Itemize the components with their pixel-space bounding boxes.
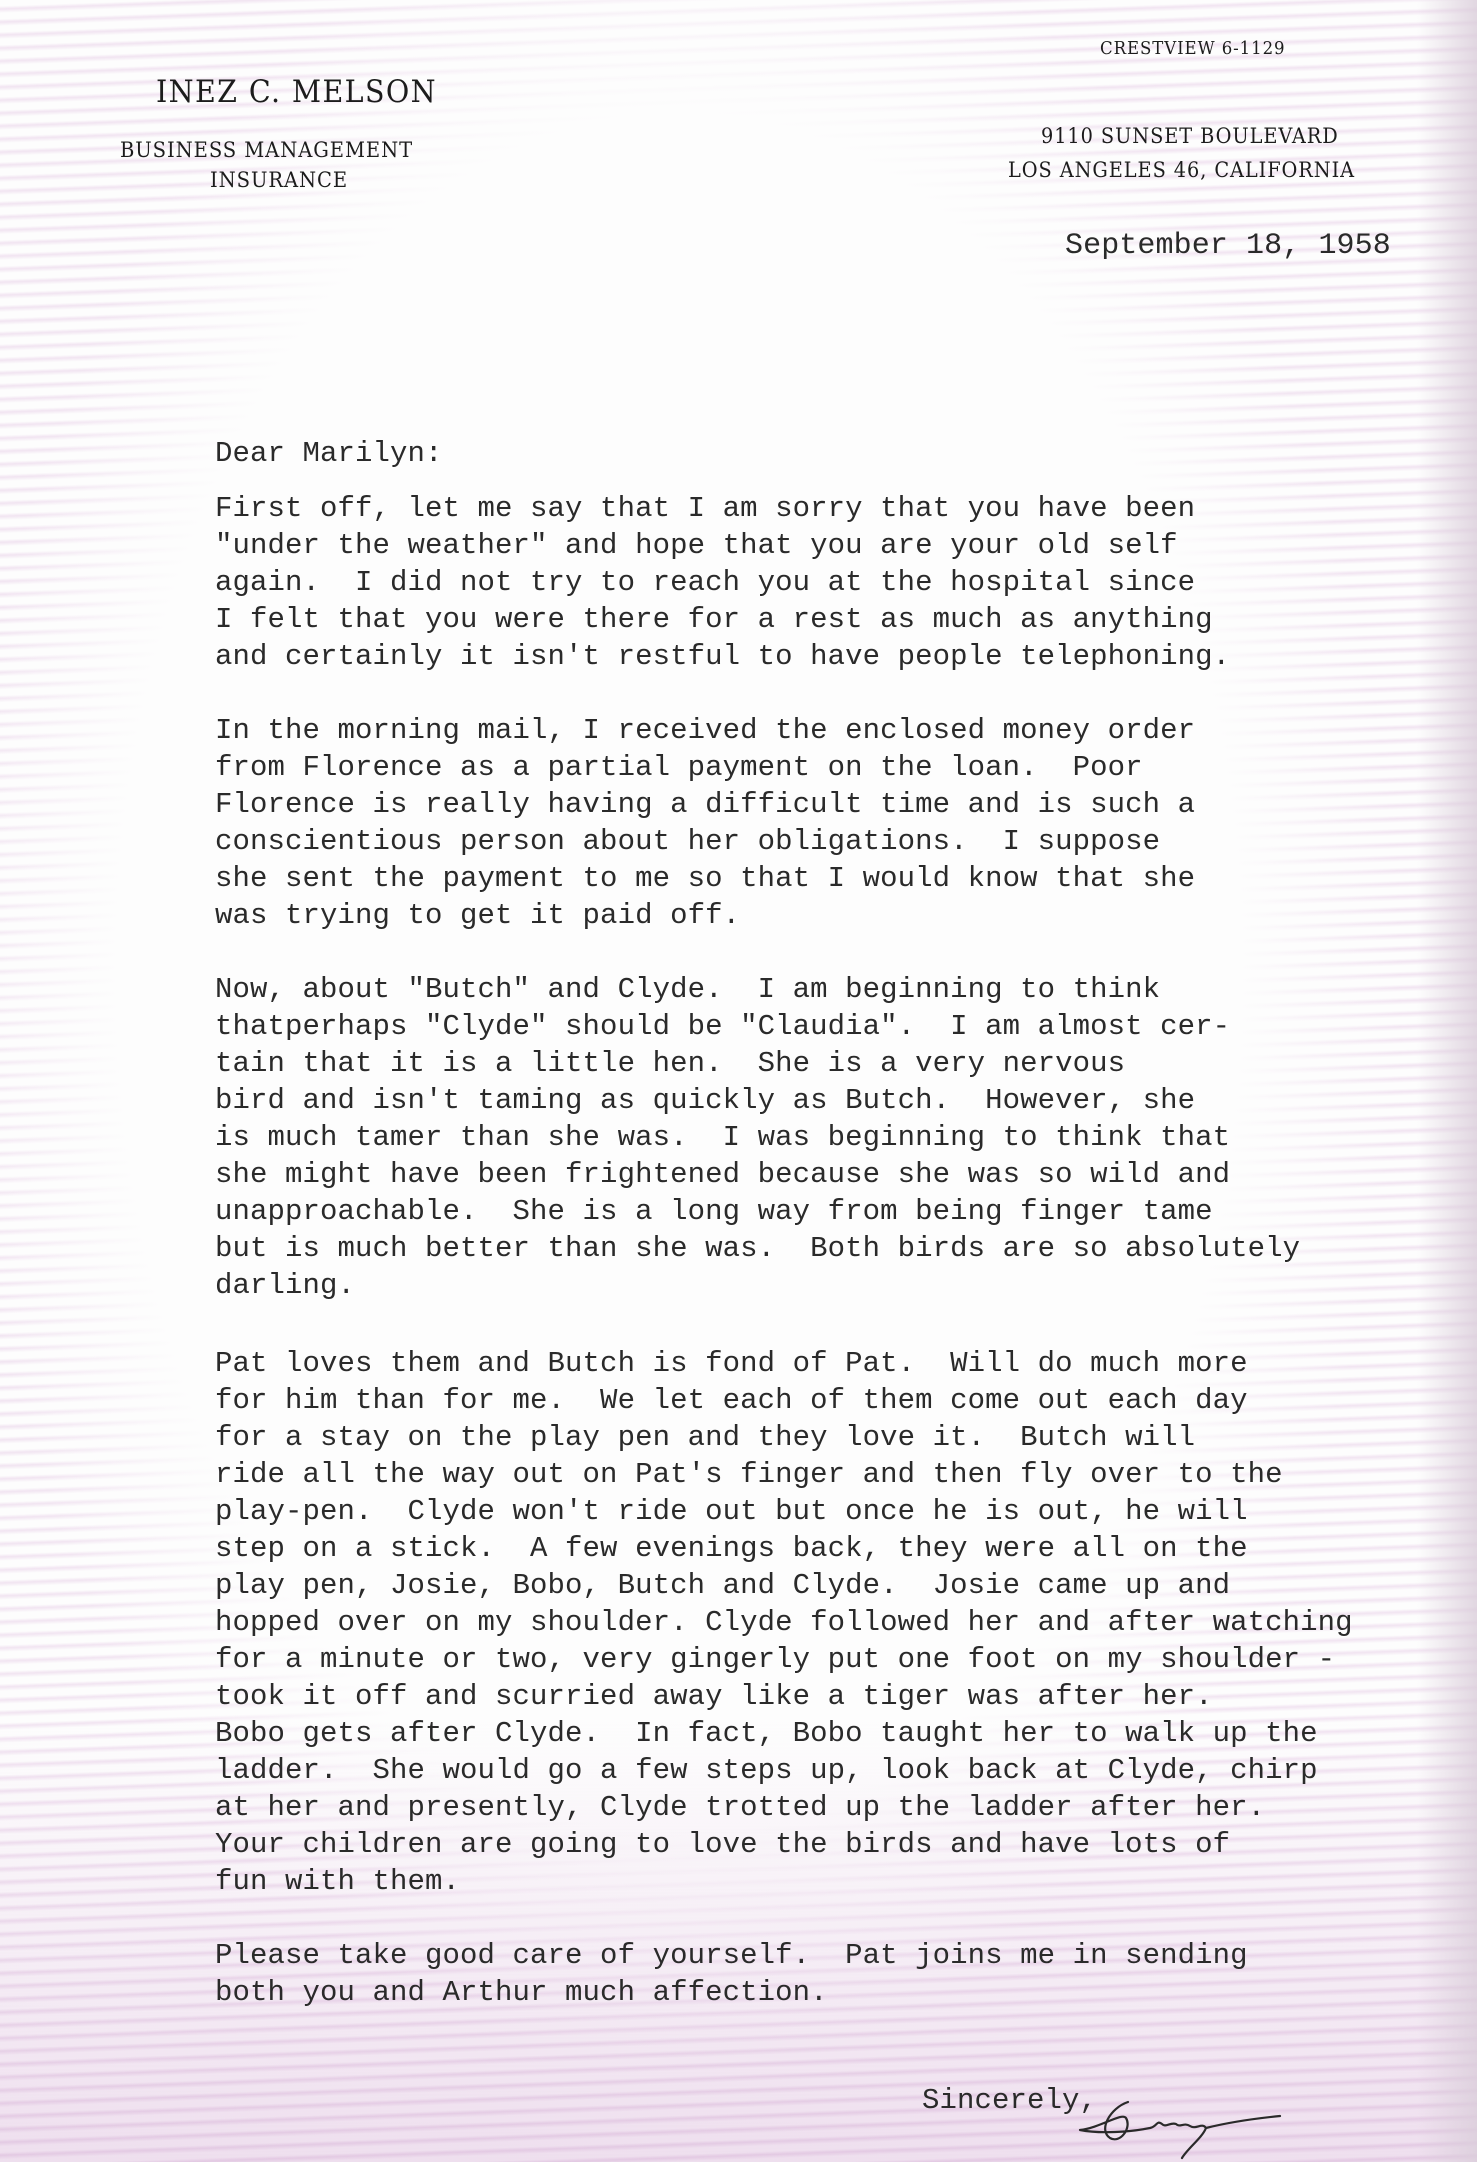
text-line: took it off and scurried away like a tig…	[215, 1678, 1353, 1715]
text-line: bird and isn't taming as quickly as Butc…	[215, 1082, 1300, 1119]
paragraph-pat-birds: Pat loves them and Butch is fond of Pat.…	[215, 1345, 1353, 1900]
text-line: unapproachable. She is a long way from b…	[215, 1193, 1300, 1230]
text-line: she might have been frightened because s…	[215, 1156, 1300, 1193]
text-line: is much tamer than she was. I was beginn…	[215, 1119, 1300, 1156]
text-line: Bobo gets after Clyde. In fact, Bobo tau…	[215, 1715, 1353, 1752]
text-line: In the morning mail, I received the encl…	[215, 712, 1195, 749]
text-line: both you and Arthur much affection.	[215, 1974, 1248, 2011]
letterhead-business: BUSINESS MANAGEMENT	[120, 138, 413, 162]
salutation: Dear Marilyn:	[215, 435, 443, 472]
paragraph-butch-clyde: Now, about "Butch" and Clyde. I am begin…	[215, 971, 1300, 1304]
text-line: fun with them.	[215, 1863, 1353, 1900]
text-line: ladder. She would go a few steps up, loo…	[215, 1752, 1353, 1789]
text-line: play pen, Josie, Bobo, Butch and Clyde. …	[215, 1567, 1353, 1604]
text-line: Please take good care of yourself. Pat j…	[215, 1937, 1248, 1974]
text-line: Florence is really having a difficult ti…	[215, 786, 1195, 823]
letterhead-phone: CRESTVIEW 6-1129	[1100, 38, 1285, 59]
text-line: was trying to get it paid off.	[215, 897, 1195, 934]
text-line: for him than for me. We let each of them…	[215, 1382, 1353, 1419]
text-line: but is much better than she was. Both bi…	[215, 1230, 1300, 1267]
letterhead-insurance: INSURANCE	[210, 168, 348, 192]
text-line: she sent the payment to me so that I wou…	[215, 860, 1195, 897]
paragraph-get-well: First off, let me say that I am sorry th…	[215, 490, 1230, 675]
text-line: Now, about "Butch" and Clyde. I am begin…	[215, 971, 1300, 1008]
letterhead-name: INEZ C. MELSON	[156, 74, 437, 110]
text-line: for a minute or two, very gingerly put o…	[215, 1641, 1353, 1678]
text-line: again. I did not try to reach you at the…	[215, 564, 1230, 601]
paragraph-money-order: In the morning mail, I received the encl…	[215, 712, 1195, 934]
text-line: darling.	[215, 1267, 1300, 1304]
text-line: from Florence as a partial payment on th…	[215, 749, 1195, 786]
text-line: at her and presently, Clyde trotted up t…	[215, 1789, 1353, 1826]
text-line: thatperhaps "Clyde" should be "Claudia".…	[215, 1008, 1300, 1045]
text-line: "under the weather" and hope that you ar…	[215, 527, 1230, 564]
letterhead-street: 9110 SUNSET BOULEVARD	[1041, 124, 1339, 148]
paragraph-closing-wishes: Please take good care of yourself. Pat j…	[215, 1937, 1248, 2011]
text-line: play-pen. Clyde won't ride out but once …	[215, 1493, 1353, 1530]
text-line: and certainly it isn't restful to have p…	[215, 638, 1230, 675]
letter-date: September 18, 1958	[1065, 228, 1391, 265]
text-line: Pat loves them and Butch is fond of Pat.…	[215, 1345, 1353, 1382]
text-line: step on a stick. A few evenings back, th…	[215, 1530, 1353, 1567]
text-line: First off, let me say that I am sorry th…	[215, 490, 1230, 527]
text-line: for a stay on the play pen and they love…	[215, 1419, 1353, 1456]
text-line: Your children are going to love the bird…	[215, 1826, 1353, 1863]
text-line: I felt that you were there for a rest as…	[215, 601, 1230, 638]
signature-icon	[1070, 2088, 1310, 2162]
text-line: ride all the way out on Pat's finger and…	[215, 1456, 1353, 1493]
text-line: hopped over on my shoulder. Clyde follow…	[215, 1604, 1353, 1641]
letterhead-city: LOS ANGELES 46, CALIFORNIA	[1008, 158, 1355, 182]
text-line: tain that it is a little hen. She is a v…	[215, 1045, 1300, 1082]
text-line: conscientious person about her obligatio…	[215, 823, 1195, 860]
page-edge-shadow	[1417, 0, 1477, 2162]
